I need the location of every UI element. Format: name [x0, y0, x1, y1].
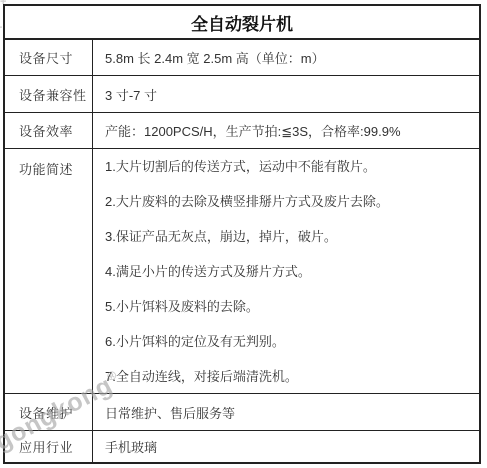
table-row-maintenance: 设备维护 日常维护、售后服务等: [5, 394, 479, 431]
row-value-features: 1.大片切割后的传送方式，运动中不能有散片。 2.大片废料的去除及横竖排掰片方式…: [93, 149, 479, 393]
feature-item: 6.小片饵料的定位及有无判别。: [105, 334, 471, 350]
table-row-efficiency: 设备效率 产能：1200PCS/H，生产节拍:≦3S，合格率:99.9%: [5, 113, 479, 149]
table-row-features: 功能简述 1.大片切割后的传送方式，运动中不能有散片。 2.大片废料的去除及横竖…: [5, 149, 479, 394]
row-label-efficiency: 设备效率: [5, 113, 93, 148]
table-title: 全自动裂片机: [5, 6, 479, 40]
feature-item: 4.满足小片的传送方式及掰片方式。: [105, 264, 471, 280]
row-value-industry: 手机玻璃: [93, 431, 479, 462]
row-label-dimensions: 设备尺寸: [5, 40, 93, 75]
feature-item: 1.大片切割后的传送方式，运动中不能有散片。: [105, 159, 471, 175]
spec-table: 全自动裂片机 设备尺寸 5.8m 长 2.4m 宽 2.5m 高（单位：m） 设…: [3, 4, 481, 464]
feature-item: 3.保证产品无灰点，崩边，掉片，破片。: [105, 229, 471, 245]
feature-item: 2.大片废料的去除及横竖排掰片方式及废片去除。: [105, 194, 471, 210]
row-label-industry: 应用行业: [5, 431, 93, 462]
table-row-dimensions: 设备尺寸 5.8m 长 2.4m 宽 2.5m 高（单位：m）: [5, 40, 479, 76]
row-value-efficiency: 产能：1200PCS/H，生产节拍:≦3S，合格率:99.9%: [93, 113, 479, 148]
feature-item: 7.全自动连线，对接后端清洗机。: [105, 369, 471, 385]
row-label-compatibility: 设备兼容性: [5, 76, 93, 112]
feature-item: 5.小片饵料及废料的去除。: [105, 299, 471, 315]
table-row-industry: 应用行业 手机玻璃: [5, 431, 479, 462]
row-label-maintenance: 设备维护: [5, 394, 93, 430]
page: + + 全自动裂片机 设备尺寸 5.8m 长 2.4m 宽 2.5m 高（单位：…: [0, 0, 487, 468]
row-value-maintenance: 日常维护、售后服务等: [93, 394, 479, 430]
table-row-compatibility: 设备兼容性 3 寸-7 寸: [5, 76, 479, 113]
row-label-features: 功能简述: [5, 149, 93, 393]
row-value-dimensions: 5.8m 长 2.4m 宽 2.5m 高（单位：m）: [93, 40, 479, 75]
row-value-compatibility: 3 寸-7 寸: [93, 76, 479, 112]
